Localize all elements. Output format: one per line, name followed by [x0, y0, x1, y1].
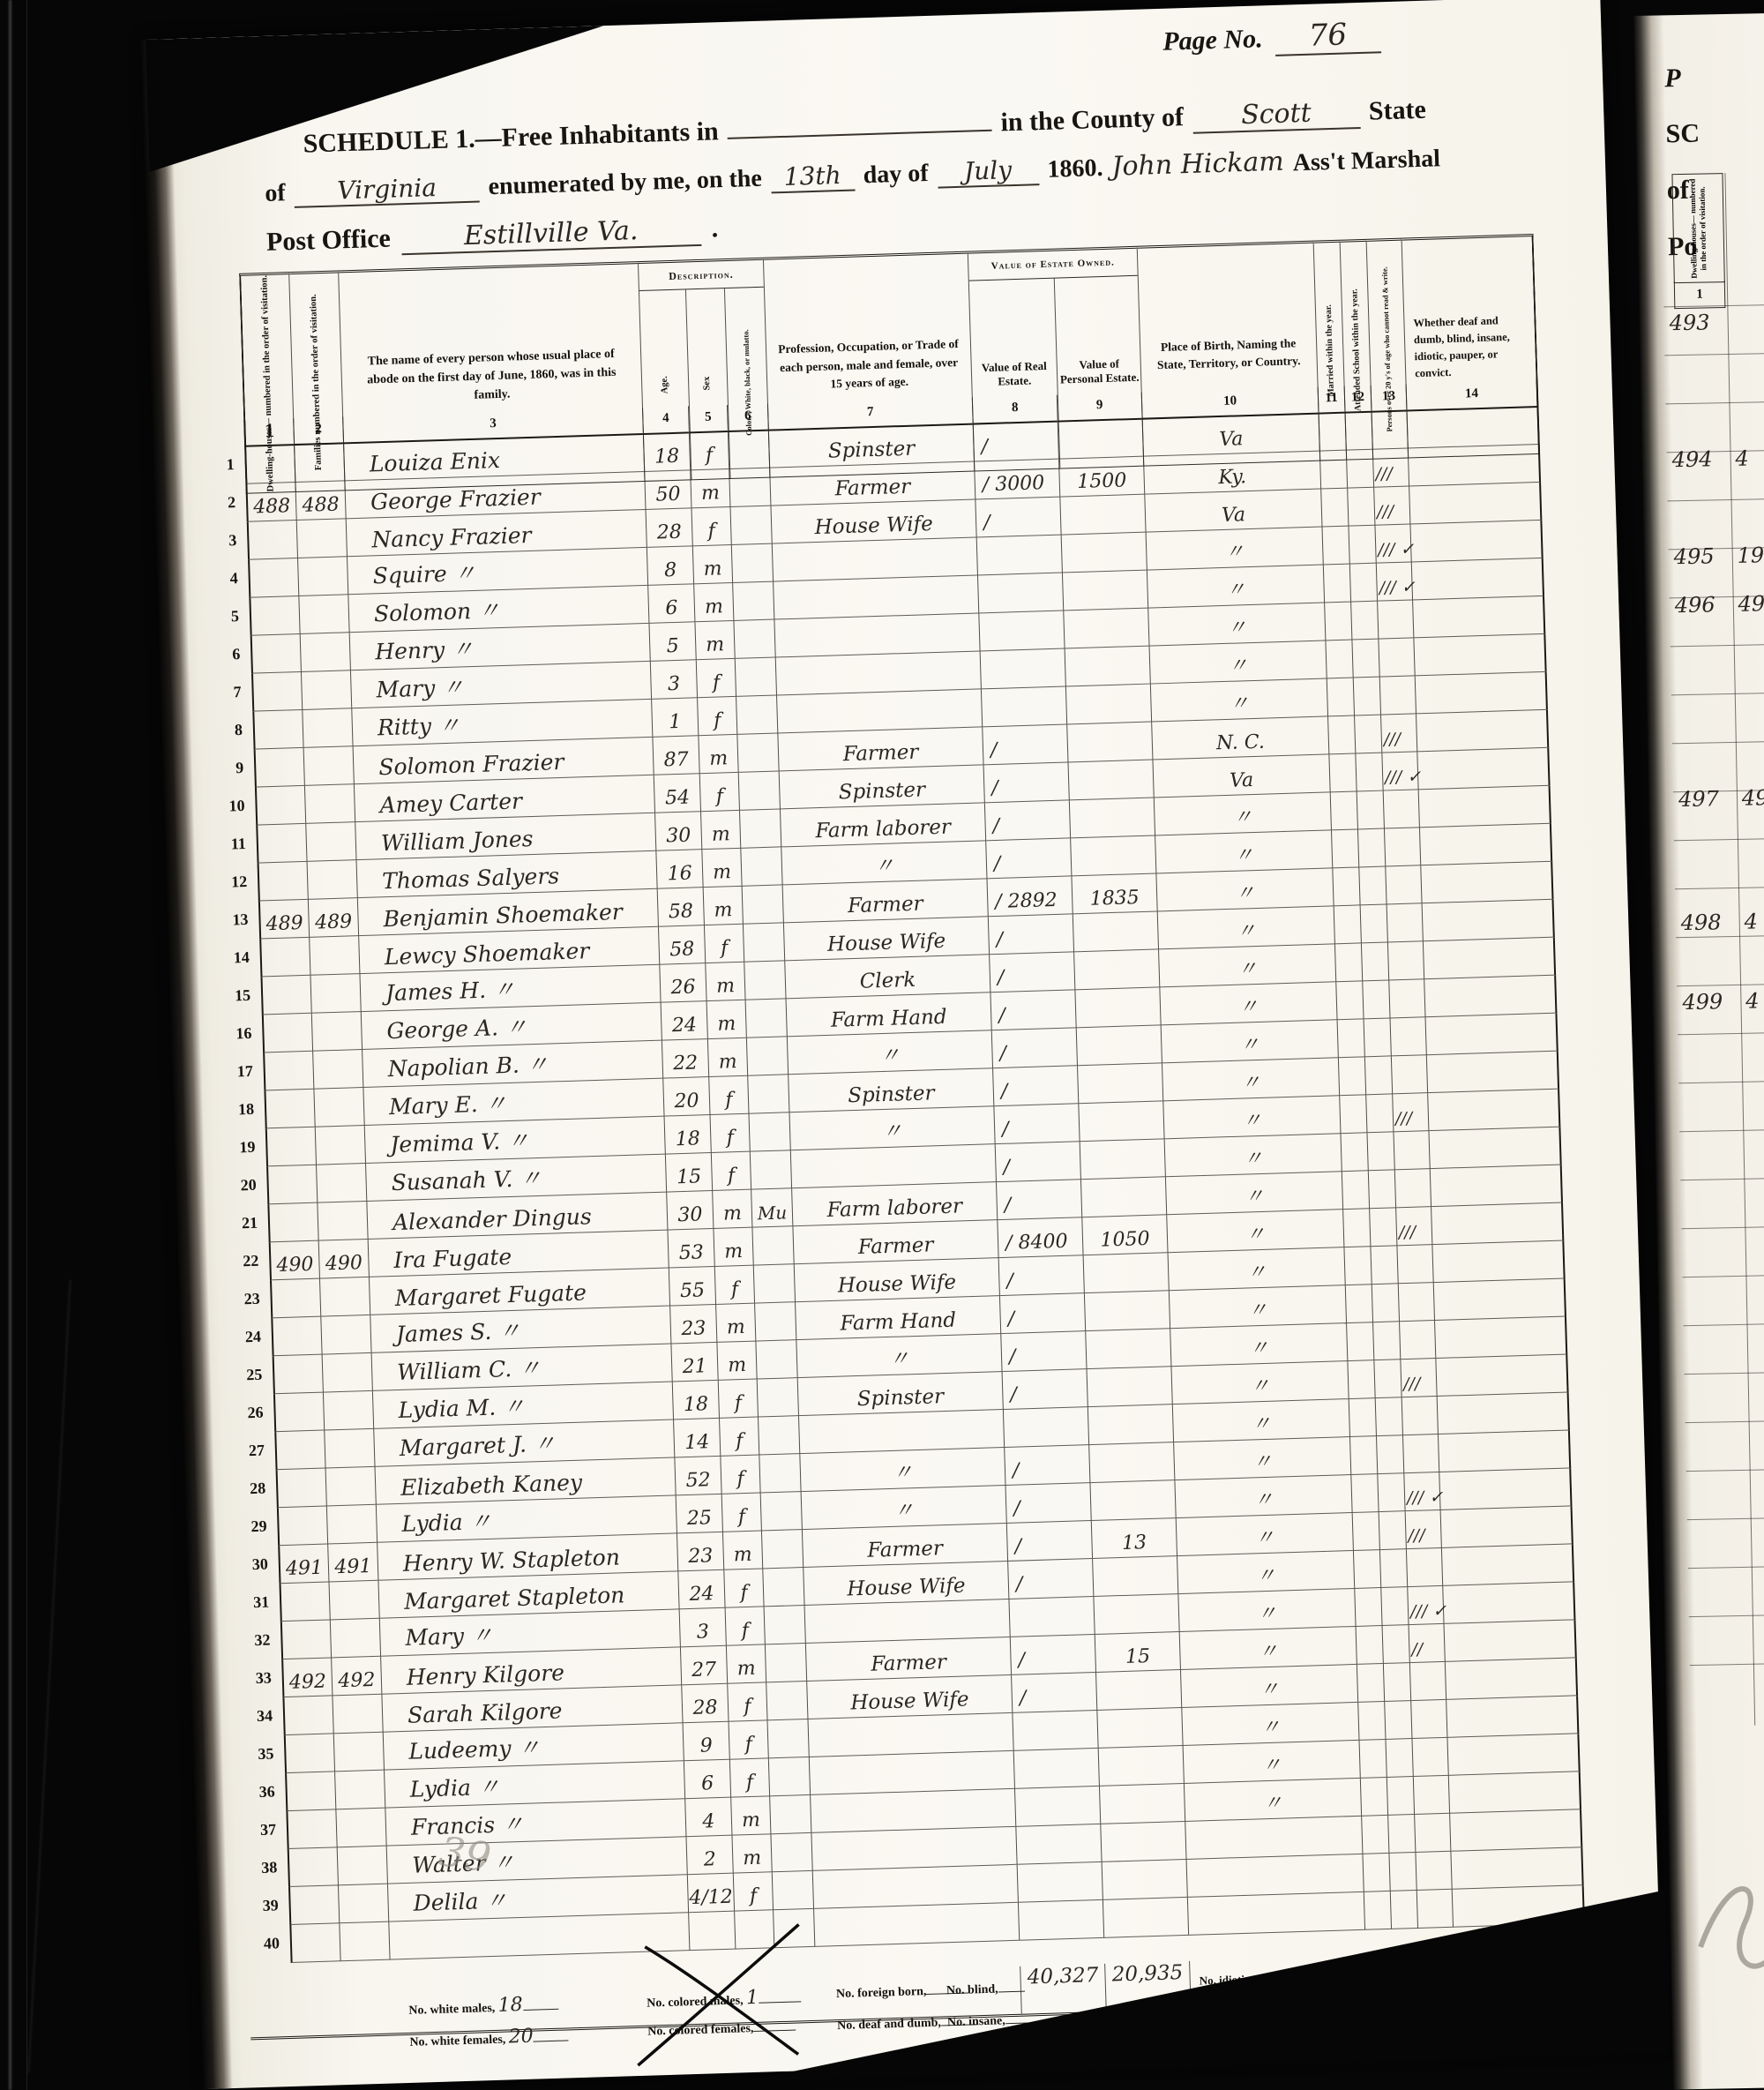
occupation-cell: 〃 — [787, 1030, 992, 1075]
married-cell — [1341, 1133, 1368, 1172]
illiterate-cell: ∕∕∕ ✓ — [1376, 562, 1412, 601]
page-no-value: 76 — [1274, 16, 1381, 56]
color-cell — [759, 1454, 800, 1493]
line-number: 2 — [203, 484, 246, 523]
age-cell: 4 — [684, 1798, 731, 1838]
married-cell — [1356, 1626, 1383, 1665]
census-table: Dwelling-houses— numbered in the order o… — [197, 234, 1587, 2040]
birthplace-cell: 〃 — [1155, 830, 1332, 873]
occupation-cell — [811, 1827, 1016, 1871]
real-estate-cell: ∕ — [1007, 1559, 1093, 1599]
remarks-cell — [1423, 938, 1556, 980]
occupation-cell — [773, 575, 978, 619]
occupation-cell — [775, 651, 981, 695]
line-number: 7 — [209, 674, 252, 713]
personal-estate-cell — [1096, 1708, 1182, 1749]
line-number: 21 — [225, 1204, 268, 1243]
dwelling-number-cell — [276, 1469, 326, 1509]
personal-estate-cell — [1070, 835, 1155, 876]
birthplace-cell: 〃 — [1147, 566, 1324, 609]
school-cell — [1375, 1397, 1402, 1436]
birthplace-cell: Ky. — [1143, 452, 1320, 495]
family-number-cell — [316, 1164, 366, 1203]
personal-estate-cell — [1077, 1063, 1162, 1104]
illiterate-cell — [1401, 1397, 1438, 1435]
occupation-cell: 〃 — [781, 841, 986, 885]
dwelling-number-cell — [247, 521, 297, 560]
remarks-cell — [1419, 824, 1552, 866]
remarks-cell — [1420, 862, 1553, 904]
personal-estate-cell — [1062, 571, 1147, 611]
post-office-value: Estillville Va. — [400, 213, 701, 255]
married-cell — [1335, 981, 1363, 1020]
birthplace-cell — [1187, 1892, 1364, 1936]
personal-estate-cell — [1084, 1291, 1170, 1331]
real-estate-cell: ∕ — [1010, 1635, 1095, 1675]
sex-cell: f — [708, 1076, 748, 1115]
personal-estate-cell — [1065, 685, 1151, 725]
line-number: 20 — [224, 1166, 267, 1205]
married-cell — [1349, 1436, 1377, 1475]
school-cell — [1360, 905, 1387, 944]
family-number-cell — [320, 1315, 370, 1355]
color-cell — [769, 1795, 811, 1834]
line-number: 31 — [237, 1584, 280, 1622]
occupation-cell: 〃 — [801, 1486, 1006, 1530]
school-cell — [1357, 791, 1384, 830]
school-cell — [1379, 1549, 1407, 1588]
remarks-cell — [1446, 1734, 1580, 1776]
sex-cell: f — [718, 1380, 758, 1419]
sex-cell: m — [731, 1834, 771, 1873]
personal-estate-cell — [1102, 1860, 1187, 1900]
sex-cell: f — [733, 1872, 773, 1911]
strip-partial-text: SC — [1665, 119, 1700, 150]
school-cell — [1346, 450, 1373, 489]
school-cell — [1377, 1473, 1404, 1512]
personal-estate-cell: 13 — [1091, 1518, 1177, 1559]
strip-rule-line — [1679, 1129, 1764, 1132]
dwelling-number-cell — [267, 1203, 318, 1243]
occupation-cell: Farmer — [782, 879, 988, 923]
sex-cell: m — [730, 1796, 770, 1835]
color-cell — [743, 923, 784, 962]
description-group-label: Description. — [639, 260, 764, 291]
remarks-cell — [1418, 786, 1551, 828]
birthplace-cell: 〃 — [1177, 1589, 1355, 1632]
real-estate-cell: ∕ — [998, 1255, 1084, 1296]
married-cell — [1323, 565, 1350, 603]
school-cell — [1362, 980, 1389, 1019]
real-estate-cell: ∕ — [973, 422, 1058, 462]
age-cell: 58 — [658, 925, 705, 965]
personal-estate-cell — [1058, 419, 1143, 460]
pencil-scribble: 39 — [436, 1827, 494, 1882]
enumerated-text: enumerated by me, on the — [488, 165, 762, 201]
school-cell — [1376, 1435, 1403, 1474]
line-number: 28 — [234, 1470, 277, 1509]
strip-rule-line — [1675, 887, 1764, 889]
post-office-label: Post Office — [266, 224, 392, 258]
line-number: 8 — [210, 712, 253, 751]
age-cell: 25 — [676, 1494, 722, 1534]
illiterate-cell: ∕∕∕ ✓ — [1403, 1472, 1439, 1511]
illiterate-cell: ∕∕ — [1409, 1624, 1445, 1663]
num-margin — [201, 420, 244, 448]
color-cell — [770, 1833, 811, 1872]
real-estate-cell — [977, 573, 1063, 614]
real-estate-cell: ∕ — [985, 838, 1071, 879]
dwelling-number-cell — [249, 596, 299, 636]
sex-cell: f — [723, 1569, 763, 1607]
family-number-cell — [328, 1581, 378, 1621]
school-cell — [1353, 678, 1380, 716]
real-estate-cell: ∕ — [1005, 1483, 1091, 1524]
white-males-value: 18 — [497, 1993, 523, 2016]
strip-partial-text: P — [1664, 64, 1681, 94]
married-cell — [1321, 527, 1349, 566]
occupation-cell: Farm Hand — [795, 1296, 1000, 1340]
illiterate-cell: ∕∕∕ ✓ — [1381, 752, 1417, 790]
school-cell — [1373, 1360, 1401, 1398]
married-cell — [1332, 867, 1359, 906]
occupation-cell — [813, 1903, 1019, 1947]
family-number-cell — [330, 1619, 380, 1659]
color-cell — [735, 658, 776, 697]
school-cell — [1388, 1853, 1416, 1891]
illiterate-cell — [1391, 1055, 1427, 1094]
real-estate-cell: ∕ 3000 — [974, 460, 1059, 500]
occupation-cell: Farmer — [769, 462, 975, 506]
color-cell — [732, 582, 774, 621]
line-number: 1 — [202, 446, 245, 485]
sex-cell: m — [692, 545, 732, 584]
personal-estate-cell — [1099, 1784, 1185, 1824]
age-cell: 24 — [661, 1001, 707, 1041]
age-cell: 22 — [661, 1039, 708, 1079]
film-scratch — [9, 0, 11, 2090]
birthplace-cell: 〃 — [1166, 1210, 1343, 1253]
sex-cell: m — [726, 1644, 766, 1683]
month-value: July — [937, 154, 1039, 188]
illiterate-cell: ∕∕∕ — [1392, 1093, 1428, 1132]
birthplace-cell: 〃 — [1149, 640, 1327, 684]
remarks-cell — [1435, 1354, 1568, 1397]
occupation-cell: House Wife — [803, 1562, 1008, 1606]
personal-estate-cell — [1066, 723, 1152, 763]
occupation-cell: House Wife — [806, 1675, 1012, 1719]
family-number-cell — [302, 708, 352, 748]
remarks-cell — [1449, 1809, 1582, 1852]
remarks-cell — [1425, 1014, 1558, 1056]
strip-rule-line — [1671, 693, 1764, 695]
line-number: 6 — [208, 636, 251, 675]
white-males-label: No. white males, 18 — [408, 1992, 558, 2019]
personal-estate-cell — [1061, 533, 1147, 573]
birthplace-cell — [1185, 1817, 1362, 1860]
dwelling-number-cell — [280, 1582, 330, 1622]
real-estate-cell: ∕ — [992, 1066, 1078, 1106]
school-cell — [1358, 867, 1386, 906]
married-cell — [1337, 1019, 1364, 1058]
dwelling-number-cell — [280, 1620, 331, 1659]
line-number: 38 — [245, 1849, 288, 1888]
personal-estate-cell — [1085, 1329, 1170, 1369]
illiterate-cell — [1379, 676, 1416, 715]
school-cell — [1354, 715, 1381, 754]
birthplace-cell: 〃 — [1154, 792, 1331, 835]
occupation-cell: Spinster — [797, 1372, 1003, 1416]
family-number-cell — [324, 1429, 374, 1469]
age-cell: 15 — [665, 1153, 712, 1193]
age-cell: 3 — [679, 1608, 726, 1648]
family-number-cell: 491 — [327, 1543, 377, 1583]
real-estate-cell — [976, 536, 1062, 576]
school-cell — [1390, 1891, 1417, 1929]
remarks-cell — [1439, 1468, 1572, 1510]
white-females-value: 20 — [508, 2025, 534, 2048]
sex-cell: f — [729, 1720, 768, 1759]
sex-cell: f — [729, 1758, 769, 1797]
strip-rule-line — [1677, 984, 1764, 986]
illiterate-cell: ∕∕∕ — [1395, 1207, 1431, 1246]
occupation-cell: 〃 — [796, 1334, 1001, 1378]
personal-estate-cell — [1095, 1670, 1181, 1711]
real-estate-cell — [1015, 1824, 1101, 1865]
state-label: State — [1368, 95, 1426, 127]
sex-cell: m — [700, 811, 740, 850]
color-cell — [729, 468, 770, 507]
line-number: 19 — [223, 1128, 266, 1167]
real-estate-cell — [1012, 1711, 1097, 1751]
real-estate-cell: ∕ — [1002, 1369, 1088, 1410]
birthplace-cell: 〃 — [1157, 906, 1334, 949]
remarks-cell — [1409, 521, 1543, 563]
illiterate-cell — [1377, 600, 1413, 639]
sex-cell: f — [689, 431, 729, 470]
real-estate-cell: ∕ — [989, 952, 1074, 993]
married-cell — [1354, 1588, 1381, 1627]
sex-cell: f — [714, 1266, 754, 1305]
family-number-cell — [303, 746, 354, 786]
age-cell: 20 — [662, 1077, 709, 1117]
school-cell — [1355, 753, 1382, 792]
line-number: 4 — [206, 560, 249, 599]
dwelling-number-cell: 489 — [258, 900, 309, 940]
age-cell: 8 — [647, 546, 693, 586]
color-cell — [762, 1568, 804, 1607]
family-number-cell — [323, 1391, 373, 1431]
post-office-period: . — [711, 213, 719, 243]
school-cell — [1370, 1246, 1397, 1285]
color-cell — [750, 1150, 791, 1189]
school-cell — [1386, 1739, 1413, 1778]
personal-estate-cell — [1080, 1177, 1166, 1217]
school-cell — [1372, 1322, 1400, 1360]
footer-margin — [249, 1963, 292, 1989]
remarks-cell — [1430, 1165, 1563, 1208]
page-number-row: Page No. 76 — [1162, 16, 1381, 60]
age-cell: 50 — [644, 470, 691, 510]
personal-estate-cell — [1087, 1367, 1172, 1407]
illiterate-cell: ∕∕∕ — [1405, 1510, 1441, 1549]
dwelling-number-cell — [288, 1847, 338, 1887]
birthplace-cell: 〃 — [1155, 868, 1333, 911]
line-number: 27 — [232, 1432, 275, 1471]
personal-estate-cell — [1098, 1746, 1184, 1787]
illiterate-cell — [1393, 1131, 1429, 1170]
illiterate-cell — [1416, 1890, 1453, 1929]
remarks-cell — [1428, 1127, 1561, 1170]
age-cell: 14 — [673, 1419, 720, 1458]
age-cell: 3 — [650, 660, 697, 700]
col-num-4: 4 — [642, 406, 689, 435]
occupation-cell: House Wife — [770, 500, 975, 544]
birthplace-cell: 〃 — [1174, 1475, 1351, 1518]
real-estate-cell — [978, 611, 1064, 652]
sex-cell: f — [710, 1114, 750, 1153]
dwelling-number-cell — [282, 1696, 333, 1735]
remarks-cell — [1416, 748, 1550, 790]
birthplace-cell: 〃 — [1172, 1399, 1349, 1442]
white-females-label: No. white females, 20 — [409, 2024, 569, 2050]
color-cell — [747, 1075, 789, 1113]
dwelling-number-cell — [258, 862, 308, 902]
illiterate-cell: ∕∕∕ — [1372, 449, 1409, 488]
sex-cell: f — [719, 1418, 759, 1457]
remarks-cell — [1427, 1090, 1560, 1132]
family-number-cell — [309, 936, 359, 976]
age-cell: 4/12 — [687, 1874, 734, 1914]
married-cell — [1361, 1816, 1388, 1854]
remarks-cell — [1440, 1506, 1573, 1548]
family-number-cell — [310, 974, 360, 1014]
family-number-cell — [311, 1012, 362, 1052]
real-estate-cell: ∕ — [983, 762, 1069, 803]
color-cell — [767, 1719, 809, 1758]
illiterate-cell — [1388, 979, 1424, 1018]
birthplace-cell: 〃 — [1179, 1627, 1357, 1670]
remarks-cell — [1434, 1316, 1567, 1359]
color-cell — [751, 1226, 793, 1265]
married-cell — [1320, 489, 1348, 528]
birthplace-cell: 〃 — [1183, 1741, 1360, 1784]
dwelling-number-cell — [264, 1090, 314, 1129]
scanned-census-film-frame: Page No. 76 SCHEDULE 1.—Free Inhabitants… — [0, 0, 1764, 2090]
real-estate-cell — [1003, 1407, 1088, 1448]
personal-estate-cell — [1088, 1442, 1174, 1483]
line-number: 29 — [235, 1508, 278, 1547]
sex-cell: f — [704, 925, 744, 963]
strip-rule-line — [1678, 1081, 1764, 1083]
birthplace-cell — [1186, 1854, 1364, 1898]
personal-estate-cell — [1092, 1556, 1177, 1597]
color-cell — [772, 1871, 813, 1910]
line-number: 30 — [235, 1546, 279, 1584]
dwelling-number-cell — [266, 1165, 317, 1205]
remarks-cell — [1409, 483, 1542, 525]
married-cell — [1346, 1322, 1373, 1361]
school-cell — [1351, 640, 1379, 678]
remarks-cell — [1413, 634, 1546, 677]
line-number: 15 — [219, 978, 262, 1016]
age-cell: 28 — [681, 1684, 728, 1724]
school-cell — [1379, 1511, 1406, 1550]
illiterate-cell — [1409, 1662, 1446, 1701]
real-estate-cell: ∕ — [1006, 1521, 1092, 1562]
strip-rule-line — [1672, 741, 1764, 744]
state-value: Virginia — [294, 172, 480, 208]
sex-cell: m — [706, 1000, 746, 1039]
married-cell — [1345, 1285, 1372, 1323]
illiterate-cell: ∕∕∕ — [1380, 714, 1416, 753]
color-cell — [765, 1644, 806, 1682]
real-estate-cell — [980, 649, 1065, 690]
real-estate-cell: ∕ — [996, 1180, 1081, 1220]
sex-cell: m — [694, 621, 734, 660]
strip-dwelling-number: 4994 — [1682, 988, 1760, 1015]
birthplace-cell: Va — [1142, 414, 1319, 457]
married-cell — [1319, 451, 1347, 490]
personal-estate-cell — [1069, 798, 1155, 839]
school-cell — [1368, 1170, 1395, 1209]
color-cell — [753, 1264, 795, 1303]
family-number-cell — [300, 633, 350, 672]
strip-rule-line — [1686, 1469, 1764, 1472]
family-number-cell — [301, 670, 351, 710]
married-cell — [1349, 1398, 1376, 1437]
dwelling-number-cell — [254, 748, 304, 788]
occupation-cell — [809, 1751, 1014, 1795]
personal-estate-cell — [1059, 495, 1145, 536]
strip-rule-line — [1676, 935, 1764, 938]
married-cell — [1360, 1778, 1387, 1817]
sex-cell: m — [707, 1038, 747, 1077]
school-cell — [1383, 1663, 1410, 1702]
age-cell: 23 — [669, 1305, 716, 1345]
dwelling-number-cell — [274, 1431, 325, 1471]
family-number-cell — [312, 1050, 363, 1090]
occupation-cell: Clerk — [784, 955, 990, 999]
real-estate-cell: ∕ — [975, 498, 1060, 538]
illiterate-cell — [1399, 1321, 1435, 1360]
family-number-cell — [325, 1467, 376, 1507]
school-cell — [1372, 1284, 1399, 1322]
dwelling-number-cell — [284, 1734, 334, 1773]
dwelling-number-cell — [273, 1355, 323, 1395]
age-cell: 18 — [643, 432, 690, 472]
dwelling-number-cell — [250, 634, 301, 674]
school-cell — [1364, 1056, 1392, 1095]
age-cell: 16 — [655, 850, 702, 889]
dwelling-number-cell — [256, 824, 306, 864]
remarks-cell — [1426, 1052, 1559, 1094]
line-number: 17 — [220, 1052, 264, 1091]
strip-rule-line — [1668, 498, 1764, 501]
sex-cell: f — [725, 1607, 765, 1645]
birthplace-cell: 〃 — [1176, 1513, 1353, 1556]
color-cell — [758, 1416, 799, 1455]
personal-estate-cell — [1073, 911, 1158, 952]
post-office-line: Post Office Estillville Va. . — [266, 213, 719, 259]
birthplace-cell: 〃 — [1161, 1020, 1338, 1063]
real-estate-cell — [1014, 1787, 1100, 1827]
school-cell — [1349, 564, 1377, 603]
line-number: 10 — [213, 788, 256, 827]
line-number: 36 — [243, 1773, 286, 1812]
illiterate-cell — [1413, 1776, 1449, 1815]
dwelling-number-cell — [255, 786, 305, 826]
